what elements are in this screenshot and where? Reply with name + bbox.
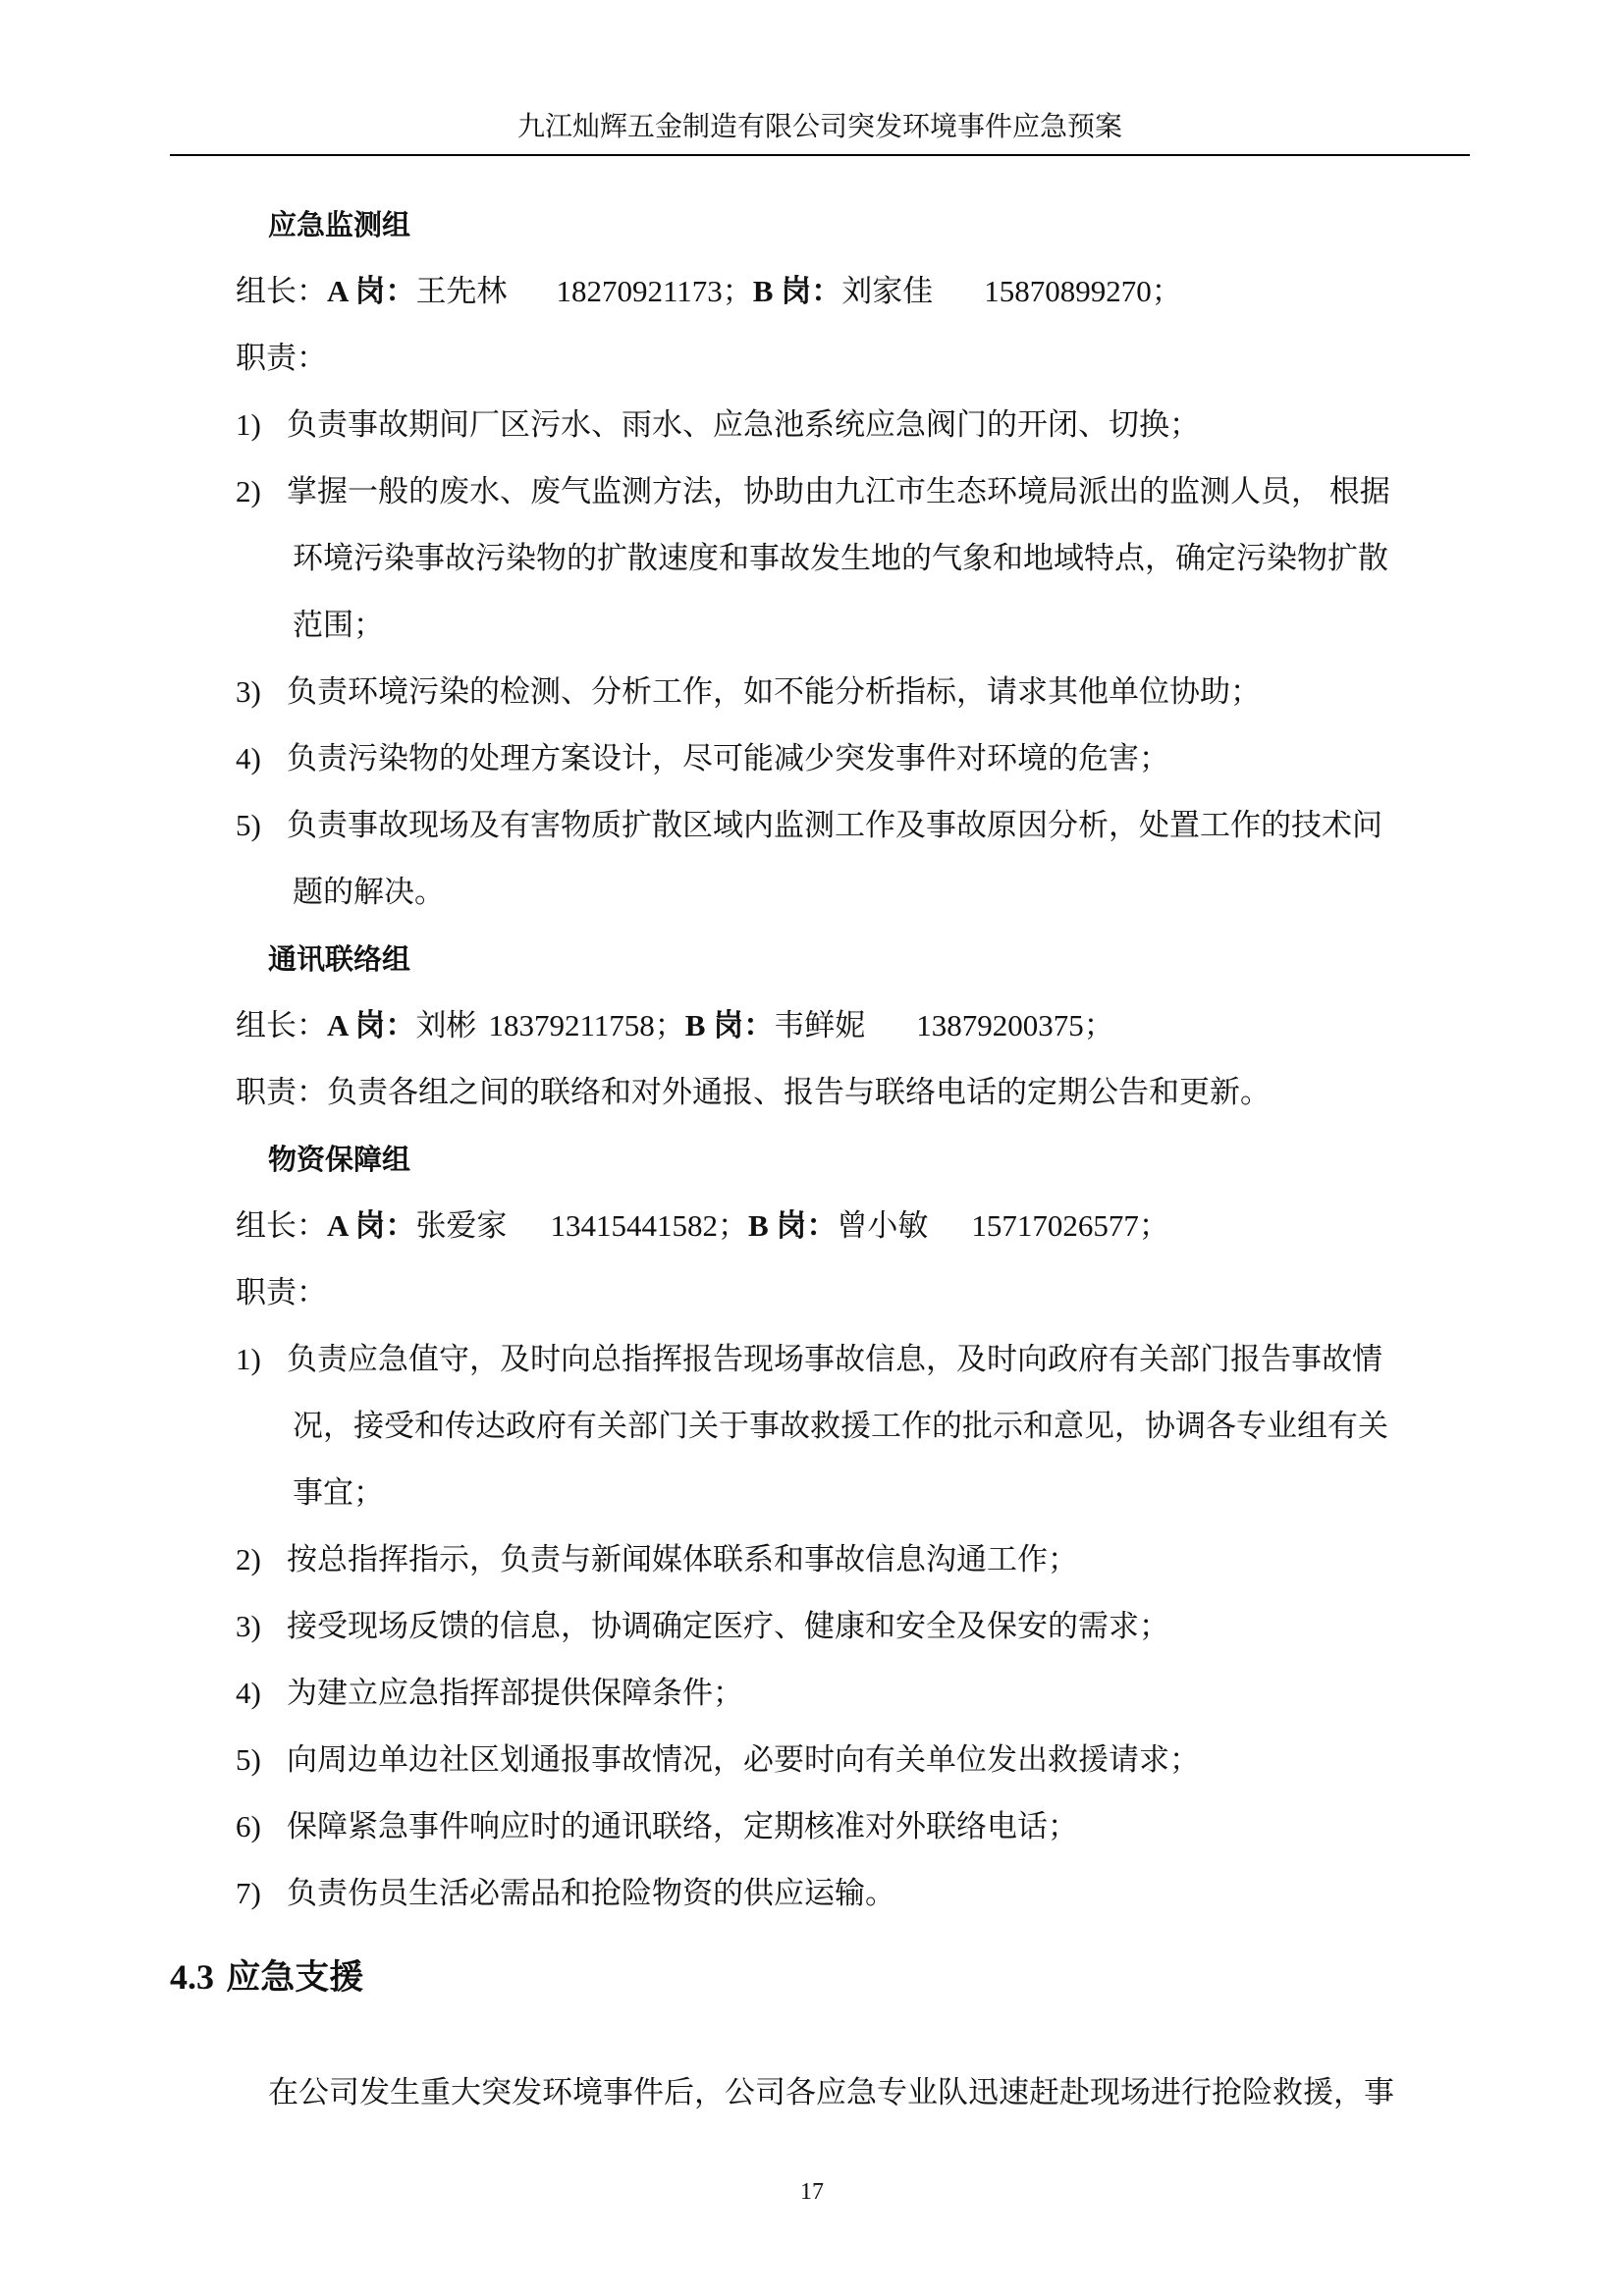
duty-line: 职责：负责各组之间的联络和对外通报、报告与联络电话的定期公告和更新。 [236,1059,1473,1126]
b-post-name: 曾小敏 [837,1208,928,1243]
duty-item: 7)负责伤员生活必需品和抢险物资的供应运输。 [236,1860,1473,1927]
a-post-name: 王先林 [415,274,507,308]
duty-item: 1)负责事故期间厂区污水、雨水、应急池系统应急阀门的开闭、切换； [236,392,1473,458]
section-number: 4.3 [170,1957,214,1997]
duty-item: 6)保障紧急事件响应时的通讯联络，定期核准对外联络电话； [236,1793,1473,1860]
a-post-phone: 18270921173； [556,274,752,308]
section-paragraph: 在公司发生重大突发环境事件后，公司各应急专业队迅速赶赴现场进行抢险救援，事 [268,2071,1476,2114]
duty-item: 4)为建立应急指挥部提供保障条件； [236,1660,1473,1727]
group-heading-supplies: 物资保障组 [236,1126,1473,1193]
a-post-phone: 18379211758； [488,1008,684,1042]
duty-item-continuation: 范围； [236,592,1473,659]
section-title-text: 应急支援 [226,1958,363,1998]
leader-label: 组长： [236,274,327,308]
group-heading-communication: 通讯联络组 [236,926,1473,992]
duty-item-continuation: 环境污染事故污染物的扩散速度和事故发生地的气象和地域特点，确定污染物扩散 [236,525,1473,592]
group-heading-monitoring: 应急监测组 [236,191,1473,258]
document-body: 应急监测组 组长：A 岗：王先林18270921173；B 岗：刘家佳15870… [236,191,1473,1927]
duty-item: 3)接受现场反馈的信息，协调确定医疗、健康和安全及保安的需求； [236,1593,1473,1660]
b-post-phone: 15717026577； [971,1208,1169,1243]
group-leaders-monitoring: 组长：A 岗：王先林18270921173；B 岗：刘家佳15870899270… [236,258,1473,325]
leader-label: 组长： [236,1008,327,1042]
a-post-name: 刘彬 [415,1008,476,1042]
a-post-label: A 岗： [327,1208,415,1243]
duty-item-continuation: 事宜； [236,1460,1473,1526]
leader-label: 组长： [236,1208,327,1243]
a-post-phone: 13415441582； [550,1208,748,1243]
duty-item-continuation: 况，接受和传达政府有关部门关于事故救援工作的批示和意见，协调各专业组有关 [236,1393,1473,1460]
b-post-phone: 15870899270； [984,274,1182,308]
a-post-label: A 岗： [327,1008,415,1042]
duty-item: 5)向周边单边社区划通报事故情况，必要时向有关单位发出救援请求； [236,1727,1473,1793]
duty-item: 5)负责事故现场及有害物质扩散区域内监测工作及事故原因分析，处置工作的技术问 [236,792,1473,859]
b-post-label: B 岗： [685,1008,774,1042]
b-post-name: 刘家佳 [841,274,933,308]
duty-item: 1)负责应急值守，及时向总指挥报告现场事故信息，及时向政府有关部门报告事故情 [236,1326,1473,1393]
duty-item: 2)按总指挥指示，负责与新闻媒体联系和事故信息沟通工作； [236,1526,1473,1593]
duty-label: 职责： [236,1259,1473,1326]
duty-item: 4)负责污染物的处理方案设计，尽可能减少突发事件对环境的危害； [236,725,1473,792]
a-post-label: A 岗： [327,274,415,308]
b-post-name: 韦鲜妮 [774,1008,865,1042]
group-leaders-communication: 组长：A 岗：刘彬18379211758；B 岗：韦鲜妮13879200375； [236,992,1473,1059]
duty-label: 职责： [236,325,1473,392]
header-rule [170,154,1470,156]
duty-item: 2)掌握一般的废水、废气监测方法，协助由九江市生态环境局派出的监测人员， 根据 [236,458,1473,525]
b-post-label: B 岗： [748,1208,837,1243]
running-header: 九江灿辉五金制造有限公司突发环境事件应急预案 [170,110,1470,145]
duty-item-continuation: 题的解决。 [236,859,1473,926]
duty-item: 3)负责环境污染的检测、分析工作，如不能分析指标，请求其他单位协助； [236,659,1473,725]
page-number: 17 [0,2179,1624,2206]
a-post-name: 张爱家 [415,1208,507,1243]
b-post-phone: 13879200375； [916,1008,1114,1042]
section-heading: 4.3 应急支援 [170,1953,363,2002]
b-post-label: B 岗： [753,274,841,308]
group-leaders-supplies: 组长：A 岗：张爱家13415441582；B 岗：曾小敏15717026577… [236,1193,1473,1259]
